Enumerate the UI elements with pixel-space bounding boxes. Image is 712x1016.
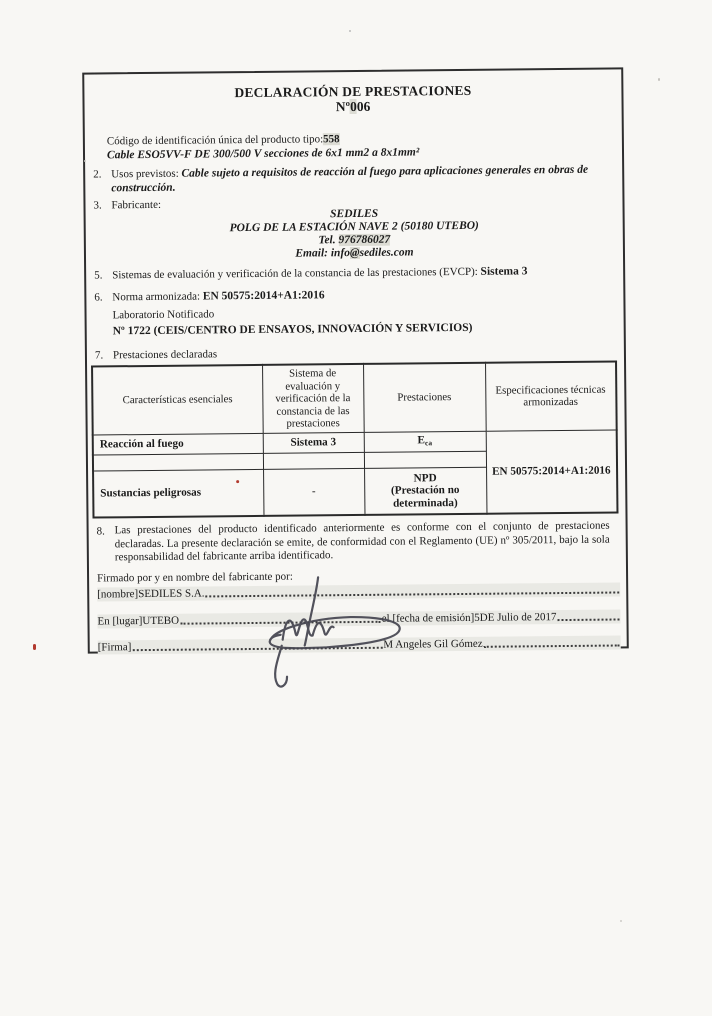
- empty-cell-1: [93, 453, 263, 471]
- item5-number: 5.: [94, 268, 112, 282]
- header-especificaciones: Especificaciones técnicas armonizadas: [485, 361, 617, 430]
- cell-eca: Eca: [364, 431, 486, 453]
- firma-label: [Firma]: [98, 641, 132, 654]
- email-at-symbol: @: [350, 247, 360, 259]
- cell-reaccion-al-fuego: Reacción al fuego: [93, 433, 263, 455]
- lab-notified-label: Laboratorio Notificado: [112, 308, 214, 322]
- item2-value: Cable sujeto a requisitos de reacción al…: [111, 164, 588, 195]
- header-sistema: Sistema de evaluación y verificación de …: [262, 364, 364, 433]
- empty-cell-2: [263, 452, 364, 469]
- item5-label: Sistemas de evaluación y verificación de…: [112, 266, 480, 282]
- item2-number: 2.: [93, 167, 111, 181]
- document-scan: DECLARACIÓN DE PRESTACIONES Nº006 Código…: [82, 67, 629, 653]
- place-label: En [lugar]: [97, 615, 142, 628]
- item7-number: 7.: [95, 348, 113, 362]
- phone-number: 976786027: [338, 234, 390, 246]
- empty-cell-3: [364, 451, 486, 468]
- email-prefix: Email: info: [295, 247, 350, 260]
- cell-spec-merged: EN 50575:2014+A1:2016: [486, 429, 618, 513]
- performance-table: Características esenciales Sistema de ev…: [91, 360, 618, 518]
- name-label: [nombre]: [97, 588, 138, 601]
- name-value: SEDILES S.A.: [138, 587, 204, 601]
- item6-label: Norma armonizada:: [112, 290, 203, 303]
- product-description: Cable ESO5VV-F DE 300/500 V secciones de…: [107, 145, 419, 162]
- cell-npd: NPD (Prestación no determinada): [364, 467, 486, 514]
- signature-stroke-tail: [275, 646, 287, 687]
- scanned-page: { "colors": { "paper": "#f8f7f4", "ink":…: [0, 0, 712, 1016]
- item2-content: Usos previstos: Cable sujeto a requisito…: [111, 162, 616, 195]
- npd-line2: (Prestación no determinada): [369, 484, 482, 510]
- item2-label: Usos previstos:: [111, 168, 181, 181]
- gray-speck: [658, 78, 660, 81]
- gray-speck: [349, 30, 351, 32]
- header-prestaciones: Prestaciones: [363, 363, 486, 432]
- item-conformidad: 8. Las prestaciones del producto identif…: [87, 519, 620, 565]
- cell-sistema-3: Sistema 3: [263, 432, 364, 453]
- header-caracteristicas: Características esenciales: [92, 365, 263, 435]
- item8-text: Las prestaciones del producto identifica…: [115, 519, 620, 564]
- eca-subscript: ca: [425, 438, 432, 447]
- place-value: UTEBO: [142, 615, 179, 628]
- item6-value: EN 50575:2014+A1:2016: [203, 289, 325, 302]
- item-usos-previstos: 2. Usos previstos: Cable sujeto a requis…: [83, 162, 616, 195]
- dotted-leader: [484, 644, 620, 647]
- product-code-label: Código de identificación única del produ…: [107, 133, 323, 147]
- item8-number: 8.: [97, 524, 115, 538]
- item6-number: 6.: [94, 290, 112, 304]
- phone-label: Tel.: [318, 234, 338, 246]
- table-header-row: Características esenciales Sistema de ev…: [92, 361, 617, 434]
- red-scan-speck: [236, 480, 239, 483]
- product-code-value: 558: [323, 133, 340, 145]
- cell-dash: -: [263, 468, 364, 515]
- cell-sustancias-peligrosas: Sustancias peligrosas: [93, 469, 263, 517]
- item5-value: Sistema 3: [480, 265, 527, 277]
- table-row-reaccion: Reacción al fuego Sistema 3 Eca EN 50575…: [93, 429, 617, 455]
- handwritten-signature: [252, 574, 423, 696]
- gray-speck: [620, 920, 622, 922]
- npd-line1: NPD: [369, 471, 482, 485]
- dotted-leader: [557, 618, 619, 621]
- gray-speck: [84, 160, 86, 162]
- email-suffix: sediles.com: [360, 246, 414, 259]
- doc-number-prefix: Nº: [336, 99, 350, 114]
- date-value: 5DE Julio de 2017: [474, 611, 556, 625]
- doc-number-rest: 06: [357, 99, 371, 114]
- red-margin-speck: [33, 644, 36, 650]
